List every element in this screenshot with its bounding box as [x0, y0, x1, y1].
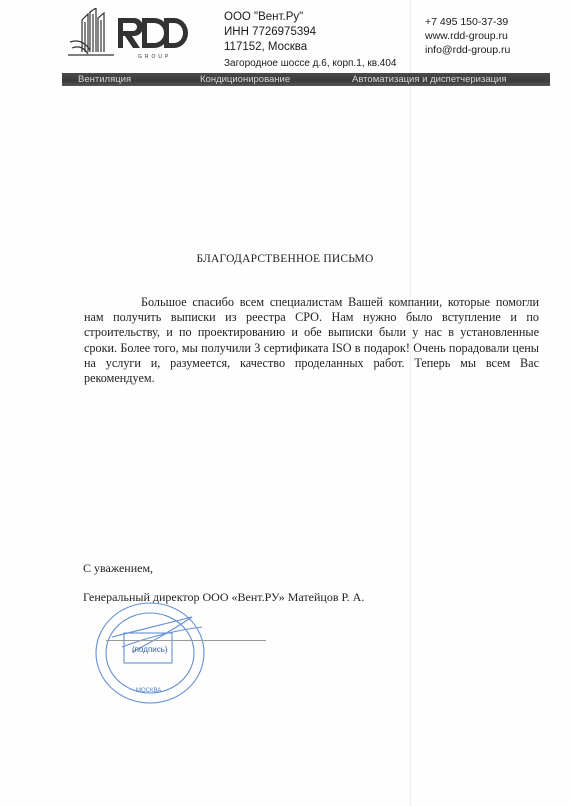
company-inn: ИНН 7726975394	[224, 25, 396, 40]
company-details: ООО "Вент.Ру" ИНН 7726975394 117152, Мос…	[224, 10, 396, 71]
scan-artifact	[410, 0, 411, 806]
closing: С уважением,	[83, 561, 153, 576]
letter-body: Большое спасибо всем специалистам Вашей …	[84, 295, 539, 386]
band-item-automation: Автоматизация и диспетчеризация	[352, 73, 507, 86]
rdd-logo-icon: GROUP	[68, 8, 188, 62]
contact-website: www.rdd-group.ru	[425, 29, 510, 43]
company-stamp-icon: (подпись) МОСКВА	[92, 597, 212, 707]
letter-page: GROUP ООО "Вент.Ру" ИНН 7726975394 11715…	[0, 0, 570, 806]
company-city: 117152, Москва	[224, 40, 396, 55]
band-item-ventilation: Вентиляция	[78, 73, 131, 86]
contact-details: +7 495 150-37-39 www.rdd-group.ru info@r…	[425, 15, 510, 57]
services-band: Вентиляция Кондиционирование Автоматизац…	[62, 73, 550, 86]
svg-text:GROUP: GROUP	[138, 54, 171, 60]
letter-title: БЛАГОДАРСТВЕННОЕ ПИСЬМО	[0, 253, 570, 265]
contact-phone: +7 495 150-37-39	[425, 15, 510, 29]
band-item-conditioning: Кондиционирование	[200, 73, 290, 86]
svg-text:(подпись): (подпись)	[132, 645, 168, 654]
contact-email: info@rdd-group.ru	[425, 43, 510, 57]
company-address: Загородное шоссе д.6, корп.1, кв.404	[224, 56, 396, 71]
company-name: ООО "Вент.Ру"	[224, 10, 396, 25]
letter-paragraph: Большое спасибо всем специалистам Вашей …	[84, 295, 539, 386]
signature-line	[106, 640, 266, 641]
svg-text:МОСКВА: МОСКВА	[136, 688, 161, 694]
